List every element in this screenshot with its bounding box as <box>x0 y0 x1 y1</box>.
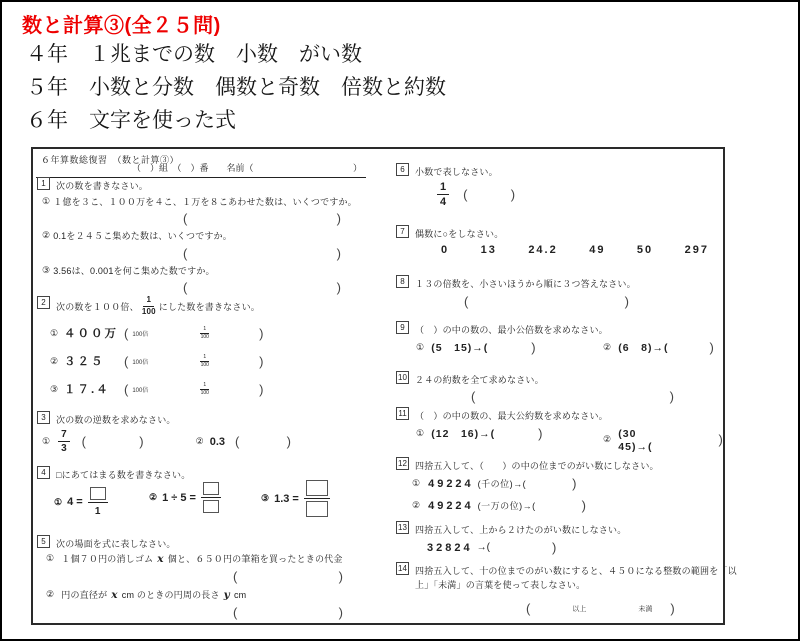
problem-8-statement: １３の倍数を、小さいほうから順に３つ答えなさい。 <box>415 275 636 290</box>
close-paren: ) <box>337 280 341 295</box>
problem-11-statement: （ ）の中の数の、最大公約数を求めなさい。 <box>415 407 608 422</box>
problem-5-number: 5 <box>37 535 50 548</box>
close-paren: ) <box>339 605 343 620</box>
problem-12-statement: 四捨五入して、（ ）の中の位までのがい数にしなさい。 <box>415 457 659 472</box>
item-text: １億を３こ、１００万を４こ、１万を８こあわせた数は、いくつですか。 <box>53 195 357 208</box>
blank-box <box>203 482 219 495</box>
item-label: ② <box>603 434 611 445</box>
problem-10-statement: ２４の約数を全て求めなさい。 <box>415 371 544 386</box>
times-100-label: 100倍 <box>132 385 148 394</box>
fraction-7-3: 73 <box>58 429 70 454</box>
problem-13-item: 32824 →( ) <box>427 540 556 555</box>
item-value: 0.3 <box>210 436 225 448</box>
worksheet: ６年算数総復習 （数と計算③） （ ）組 （ ）番 名前（ ） 1 次の数を書き… <box>31 147 725 625</box>
denominator: 1 <box>95 505 101 517</box>
fraction-1-100-small: 1100 <box>200 383 209 396</box>
item-expression: 4 = <box>67 496 83 508</box>
item-text: cm <box>234 590 246 600</box>
problem-9-item-2: ② (6 8)→( ) <box>603 340 714 355</box>
close-paren: ) <box>670 601 674 616</box>
item-text: 0.1を２４５こ集めた数は、いくつですか。 <box>53 229 232 242</box>
number-candidate: 49 <box>589 244 605 256</box>
problem-1-item-1: ①１億を３こ、１００万を４こ、１万を８こあわせた数は、いくつですか。 <box>42 195 357 208</box>
blank-fraction: 1 <box>88 487 108 517</box>
name-line-close: ） <box>353 161 362 174</box>
answer-blank: () <box>464 294 629 309</box>
close-paren: ) <box>552 540 556 555</box>
problem-8: 8 １３の倍数を、小さいほうから順に３つ答えなさい。 <box>396 275 636 290</box>
problem-7-statement: 偶数に○をしなさい。 <box>415 225 503 240</box>
problem-11: 11 （ ）の中の数の、最大公約数を求めなさい。 <box>396 407 608 422</box>
problem-4-statement: □にあてはまる数を書きなさい。 <box>56 466 190 481</box>
item-label: ② <box>196 436 204 447</box>
problem-1-number: 1 <box>37 177 50 190</box>
problem-10: 10 ２４の約数を全て求めなさい。 <box>396 371 544 386</box>
problem-4-item-3: ③ 1.3 = <box>261 480 330 517</box>
close-paren: ) <box>259 382 263 397</box>
grade-line-5: ５年 小数と分数 偶数と奇数 倍数と約数 <box>26 71 446 104</box>
problem-2-number: 2 <box>37 296 50 309</box>
name-line: （ ）組 （ ）番 名前（ ） <box>36 161 366 178</box>
problem-3-items: ① 73 () ② 0.3 () <box>42 429 291 454</box>
number-candidate: 24.2 <box>528 244 557 256</box>
item-label: ② <box>46 589 54 600</box>
fraction-1-100: 1100 <box>142 296 156 317</box>
open-paren: ( <box>124 354 128 369</box>
problem-1-statement: 次の数を書きなさい。 <box>56 177 148 192</box>
answer-blank: () <box>233 605 343 620</box>
grade-line-4: ４年 １兆までの数 小数 がい数 <box>26 38 446 71</box>
item-expression: (6 8)→( <box>618 340 668 355</box>
open-paren: ( <box>124 326 128 341</box>
grade-line-6: ６年 文字を使った式 <box>26 104 446 137</box>
item-text: 円の直径が <box>61 588 107 601</box>
item-label: ① <box>42 196 50 207</box>
problem-8-number: 8 <box>396 275 409 288</box>
close-paren: ) <box>259 326 263 341</box>
problem-4-number: 4 <box>37 466 50 479</box>
number-candidate: 0 <box>441 244 449 256</box>
math-variable-y: y <box>223 589 231 601</box>
close-paren: ) <box>339 569 343 584</box>
problem-2-row-3: ③ １７.４ ( 100倍 1100 ) <box>50 381 263 397</box>
item-label: ② <box>412 500 420 511</box>
problem-2-row-2: ② ３２５ ( 100倍 1100 ) <box>50 353 263 369</box>
statement-post: にした数を書きなさい。 <box>159 300 260 313</box>
blank-fraction <box>201 482 221 513</box>
answer-blank: () <box>471 389 674 404</box>
problem-1: 1 次の数を書きなさい。 <box>37 177 148 192</box>
problem-6-statement: 小数で表しなさい。 <box>415 163 498 178</box>
close-paren: ) <box>718 432 723 447</box>
close-paren: ) <box>709 340 714 355</box>
item-label: ② <box>149 492 157 503</box>
problem-14: 14 四捨五入して、十の位までのがい数にすると、４５０になる整数の範囲を「以上」… <box>396 562 737 592</box>
problem-6-item: 14 () <box>437 181 515 208</box>
item-text: cm のときの円周の長さ <box>122 588 220 601</box>
page: 数と計算③(全２５問) ４年 １兆までの数 小数 がい数 ５年 小数と分数 偶数… <box>0 0 800 641</box>
item-label: ① <box>412 478 420 489</box>
problem-7-number: 7 <box>396 225 409 238</box>
close-paren: ) <box>538 426 543 441</box>
item-expression: (5 15)→( <box>431 340 488 355</box>
problem-11-item-2: ② (30 45)→( ) <box>603 426 723 453</box>
item-text: １個７０円の消しゴム <box>61 552 153 565</box>
problem-4-item-2: ② 1 ÷ 5 = <box>149 482 221 513</box>
answer-blank: () <box>233 569 343 584</box>
problem-12-number: 12 <box>396 457 409 470</box>
problem-9-statement: （ ）の中の数の、最小公倍数を求めなさい。 <box>415 321 608 336</box>
row-value: ３２５ <box>64 353 124 369</box>
row-value: １７.４ <box>64 381 124 397</box>
problem-14-statement: 四捨五入して、十の位までのがい数にすると、４５０になる整数の範囲を「以上」「未満… <box>415 562 737 592</box>
close-paren: ) <box>337 211 341 226</box>
miman-label: 未満 <box>638 604 652 614</box>
problem-10-number: 10 <box>396 371 409 384</box>
blank-box <box>306 501 328 517</box>
rounding-place: (一万の位)→( <box>478 499 536 512</box>
close-paren: ) <box>531 340 536 355</box>
close-paren: ) <box>582 498 586 513</box>
blank-fraction <box>304 480 330 517</box>
item-expression: (30 45)→( <box>618 426 679 453</box>
problem-5: 5 次の場面を式に表しなさい。 <box>37 535 176 550</box>
number-candidate: 297 <box>685 244 709 256</box>
item-label: ① <box>46 553 54 564</box>
problem-1-item-3: ③3.56は、0.001を何こ集めた数ですか。 <box>42 264 215 277</box>
problem-6-number: 6 <box>396 163 409 176</box>
problem-3-number: 3 <box>37 411 50 424</box>
fraction-1-100-small: 1100 <box>200 327 209 340</box>
item-value: 49224 <box>428 478 474 490</box>
close-paren: ) <box>572 476 576 491</box>
blank-box <box>203 500 219 513</box>
item-value: 32824 <box>427 542 473 554</box>
problem-11-number: 11 <box>396 407 409 420</box>
item-expression: (12 16)→( <box>431 426 495 441</box>
problem-9: 9 （ ）の中の数の、最小公倍数を求めなさい。 <box>396 321 608 336</box>
problem-7: 7 偶数に○をしなさい。 <box>396 225 503 240</box>
name-line-text: （ ）組 （ ）番 名前（ <box>132 161 254 174</box>
number-candidate: 50 <box>637 244 653 256</box>
open-paren: ( <box>183 211 187 226</box>
problem-11-item-1: ① (12 16)→( ) <box>416 426 543 441</box>
answer-blank: () <box>235 434 291 449</box>
item-label: ③ <box>50 384 64 395</box>
answer-blank: () <box>463 187 515 202</box>
open-paren: ( <box>183 280 187 295</box>
problem-5-item-2: ② 円の直径が x cm のときの円周の長さ y cm <box>46 588 246 601</box>
open-paren: ( <box>124 382 128 397</box>
problem-13-number: 13 <box>396 521 409 534</box>
item-label: ② <box>50 356 64 367</box>
ijou-label: 以上 <box>572 604 586 614</box>
problem-13: 13 四捨五入して、上から２けたのがい数にしなさい。 <box>396 521 626 536</box>
open-paren: ( <box>464 294 468 309</box>
answer-blank: () <box>183 280 341 295</box>
open-paren: ( <box>471 389 475 404</box>
item-label: ② <box>42 230 50 241</box>
open-paren: ( <box>183 246 187 261</box>
statement-pre: 次の数を１００倍、 <box>56 300 139 313</box>
problem-4-item-1: ① 4 = 1 <box>54 487 108 517</box>
fraction-1-100-small: 1100 <box>200 355 209 368</box>
problem-14-number: 14 <box>396 562 409 575</box>
times-100-label: 100倍 <box>132 357 148 366</box>
math-variable-x: x <box>156 553 164 565</box>
arrow-open-paren: →( <box>477 542 490 553</box>
problem-5-item-1: ① １個７０円の消しゴム x 個と、６５０円の筆箱を買ったときの代金 <box>46 552 343 565</box>
item-value: 49224 <box>428 500 474 512</box>
problem-4: 4 □にあてはまる数を書きなさい。 <box>37 466 190 481</box>
open-paren: ( <box>526 601 530 616</box>
problem-3: 3 次の数の逆数を求めなさい。 <box>37 411 176 426</box>
open-paren: ( <box>233 569 237 584</box>
page-title: 数と計算③(全２５問) <box>22 9 221 38</box>
close-paren: ) <box>259 354 263 369</box>
item-expression: 1 ÷ 5 = <box>162 492 196 504</box>
problem-2-row-1: ① ４００万 ( 100倍 1100 ) <box>50 325 263 341</box>
blank-box <box>306 480 328 496</box>
close-paren: ) <box>337 246 341 261</box>
problem-2-statement: 次の数を１００倍、 1100 にした数を書きなさい。 <box>56 296 260 317</box>
open-paren: ( <box>233 605 237 620</box>
grade-topic-list: ４年 １兆までの数 小数 がい数 ５年 小数と分数 偶数と奇数 倍数と約数 ６年… <box>26 38 446 137</box>
problem-1-item-2: ②0.1を２４５こ集めた数は、いくつですか。 <box>42 229 232 242</box>
problem-9-item-1: ① (5 15)→( ) <box>416 340 536 355</box>
times-100-label: 100倍 <box>132 329 148 338</box>
row-value: ４００万 <box>64 325 124 341</box>
number-candidate: 13 <box>481 244 497 256</box>
item-label: ③ <box>42 265 50 276</box>
rounding-place: (千の位)→( <box>478 477 527 490</box>
problem-14-answer: ( 以上 未満 ) <box>526 601 675 616</box>
close-paren: ) <box>670 389 674 404</box>
close-paren: ) <box>625 294 629 309</box>
item-label: ① <box>50 328 64 339</box>
item-label: ① <box>42 436 50 447</box>
item-label: ③ <box>261 493 269 504</box>
item-label: ① <box>54 497 62 508</box>
answer-blank: () <box>82 434 144 449</box>
problem-12: 12 四捨五入して、（ ）の中の位までのがい数にしなさい。 <box>396 457 659 472</box>
problem-13-statement: 四捨五入して、上から２けたのがい数にしなさい。 <box>415 521 626 536</box>
problem-3-statement: 次の数の逆数を求めなさい。 <box>56 411 176 426</box>
problem-12-item-2: ② 49224 (一万の位)→( ) <box>412 498 586 513</box>
problem-9-number: 9 <box>396 321 409 334</box>
problem-7-numbers: 0 13 24.2 49 50 297 <box>441 244 709 256</box>
item-label: ① <box>416 342 424 353</box>
answer-blank: () <box>183 246 341 261</box>
problem-2: 2 次の数を１００倍、 1100 にした数を書きなさい。 <box>37 296 260 317</box>
problem-12-item-1: ① 49224 (千の位)→( ) <box>412 476 577 491</box>
answer-blank: () <box>183 211 341 226</box>
item-text: 個と、６５０円の筆箱を買ったときの代金 <box>168 552 343 565</box>
problem-5-statement: 次の場面を式に表しなさい。 <box>56 535 176 550</box>
item-expression: 1.3 = <box>274 493 299 505</box>
fraction-1-4: 14 <box>437 181 449 208</box>
blank-box <box>90 487 106 500</box>
math-variable-x: x <box>110 589 118 601</box>
item-label: ② <box>603 342 611 353</box>
item-label: ① <box>416 428 424 439</box>
problem-6: 6 小数で表しなさい。 <box>396 163 498 178</box>
item-text: 3.56は、0.001を何こ集めた数ですか。 <box>53 264 214 277</box>
